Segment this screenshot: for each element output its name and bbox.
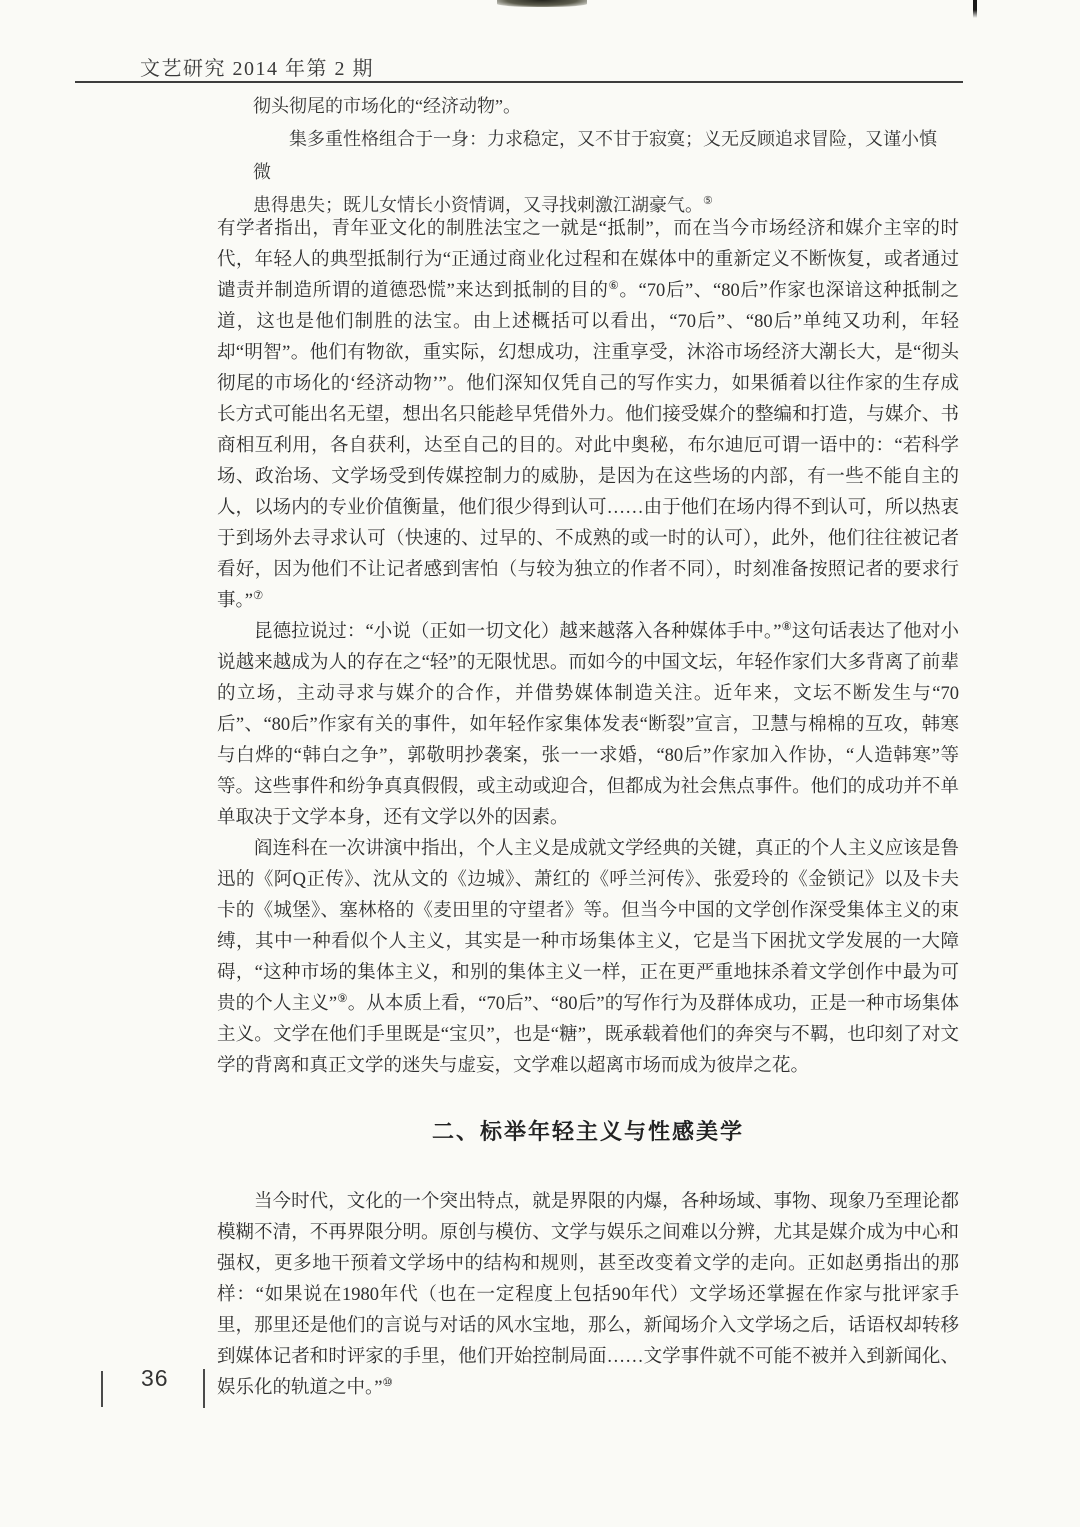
header-rule	[75, 81, 963, 83]
block-quote: 彻头彻尾的市场化的“经济动物”。 集多重性格组合于一身：力求稳定，又不甘于寂寞；…	[253, 90, 937, 222]
scanned-journal-page: 文艺研究 2014 年第 2 期 彻头彻尾的市场化的“经济动物”。 集多重性格组…	[0, 0, 1080, 1527]
section-heading: 二、标举年轻主义与性感美学	[217, 1116, 959, 1147]
paragraph-implosion: 当今时代，文化的一个突出特点，就是界限的内爆，各种场域、事物、现象乃至理论都模糊…	[217, 1187, 959, 1404]
paragraph-kundera: 昆德拉说过：“小说（正如一切文化）越来越落入各种媒体手中。”⑧这句话表达了他对小…	[217, 617, 959, 834]
paragraph-resistance: 有学者指出，青年亚文化的制胜法宝之一就是“抵制”，而在当今市场经济和媒介主宰的时…	[217, 214, 959, 617]
running-head: 文艺研究 2014 年第 2 期	[140, 52, 374, 81]
article-body: 有学者指出，青年亚文化的制胜法宝之一就是“抵制”，而在当今市场经济和媒介主宰的时…	[217, 214, 959, 1404]
quote-line: 集多重性格组合于一身：力求稳定，又不甘于寂寞；义无反顾追求冒险，又谨小慎微	[253, 123, 937, 189]
footer-right-bar	[203, 1369, 205, 1408]
scan-artifact-tick	[973, 0, 977, 18]
paragraph-yanlianke: 阎连科在一次讲演中指出，个人主义是成就文学经典的关键，真正的个人主义应该是鲁迅的…	[217, 834, 959, 1082]
journal-title-line: 文艺研究 2014 年第 2 期	[140, 58, 374, 80]
quote-line: 彻头彻尾的市场化的“经济动物”。	[253, 90, 937, 123]
footer-left-bar	[101, 1371, 103, 1407]
page-number: 36	[141, 1365, 169, 1392]
scan-artifact-smudge	[497, 0, 587, 7]
